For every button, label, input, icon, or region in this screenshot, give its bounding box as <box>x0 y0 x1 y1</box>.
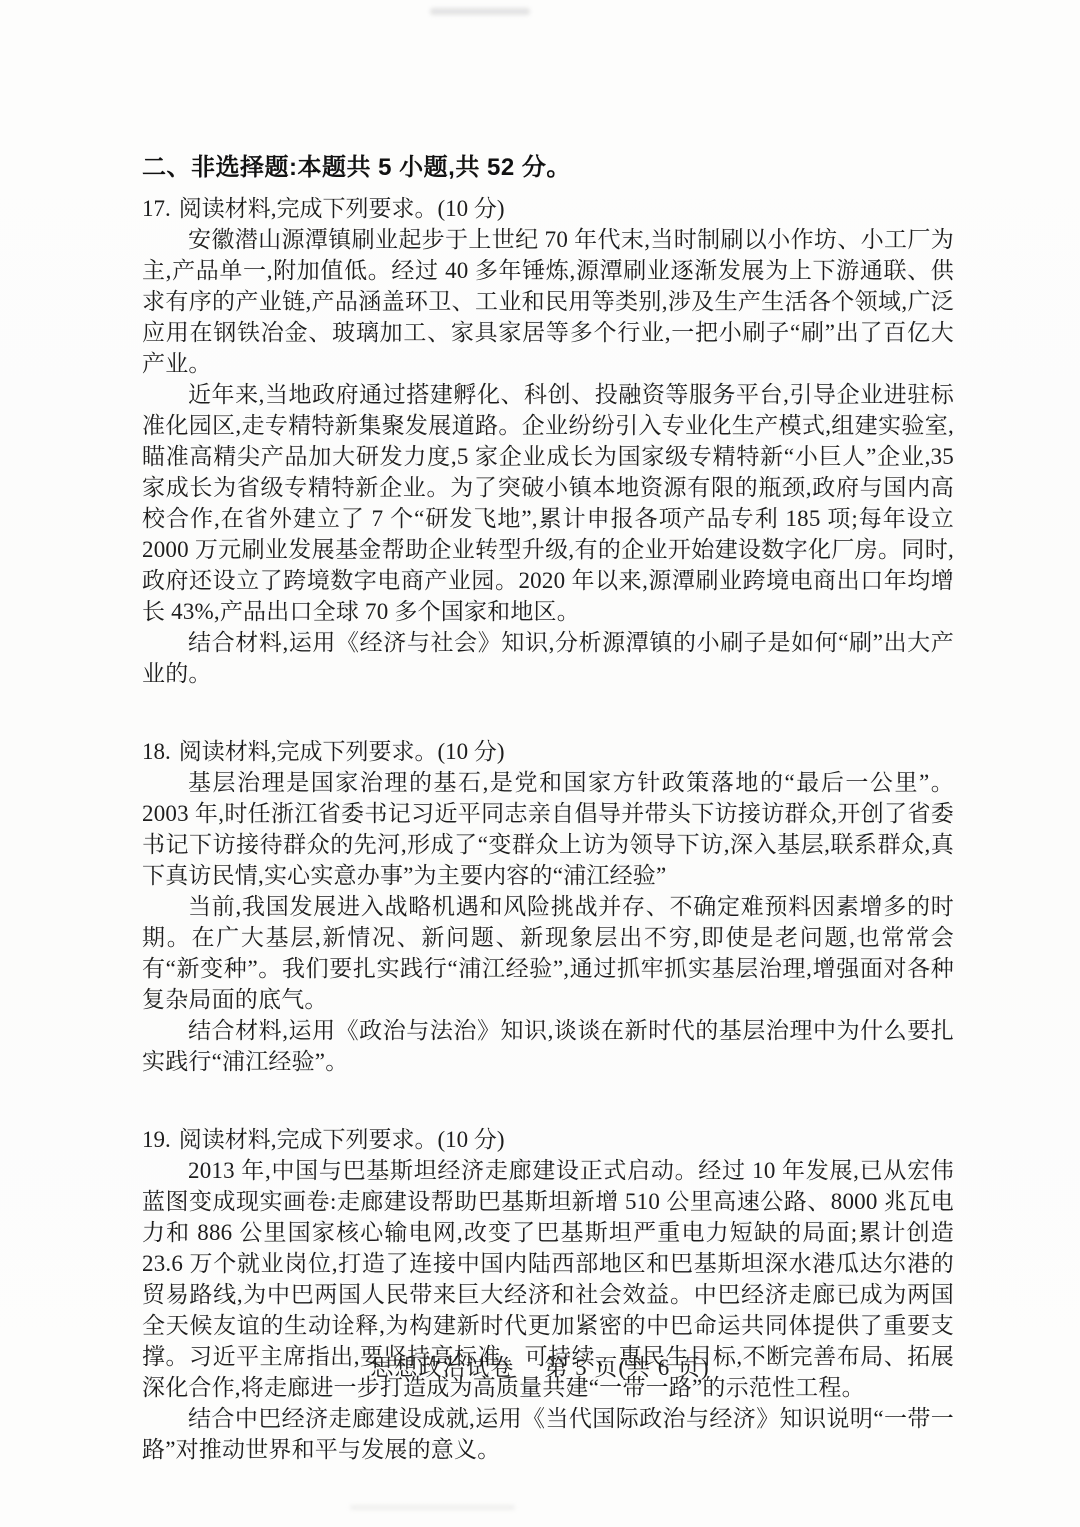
question-19-prompt: 阅读材料,完成下列要求。(10 分) <box>179 1127 505 1152</box>
section-header: 二、非选择题:本题共 5 小题,共 52 分。 <box>142 152 954 184</box>
question-18-heading: 18.阅读材料,完成下列要求。(10 分) <box>142 736 954 767</box>
question-19-heading: 19.阅读材料,完成下列要求。(10 分) <box>142 1124 954 1155</box>
question-18-material-paragraph-1: 基层治理是国家治理的基石,是党和国家方针政策落地的“最后一公里”。2003 年,… <box>142 767 954 891</box>
question-17-heading: 17.阅读材料,完成下列要求。(10 分) <box>142 193 954 224</box>
page-footer: 思想政治试卷第 5 页(共 6 页) <box>0 1352 1080 1383</box>
question-17-material-paragraph-1: 安徽潜山源潭镇刷业起步于上世纪 70 年代末,当时制刷以小作坊、小工厂为主,产品… <box>142 224 954 379</box>
question-18-material-paragraph-2: 当前,我国发展进入战略机遇和风险挑战并存、不确定难预料因素增多的时期。在广大基层… <box>142 891 954 1015</box>
footer-exam-title: 思想政治试卷 <box>370 1355 514 1380</box>
question-19: 19.阅读材料,完成下列要求。(10 分) 2013 年,中国与巴基斯坦经济走廊… <box>142 1124 954 1465</box>
question-17-task-paragraph: 结合材料,运用《经济与社会》知识,分析源潭镇的小刷子是如何“刷”出大产业的。 <box>142 627 954 689</box>
footer-page-number: 第 5 页(共 6 页) <box>544 1355 709 1380</box>
scan-smudge-top <box>430 8 530 15</box>
question-19-task-paragraph: 结合中巴经济走廊建设成就,运用《当代国际政治与经济》知识说明“一带一路”对推动世… <box>142 1403 954 1465</box>
question-19-number: 19. <box>142 1127 171 1152</box>
question-18-task-paragraph: 结合材料,运用《政治与法治》知识,谈谈在新时代的基层治理中为什么要扎实践行“浦江… <box>142 1015 954 1077</box>
question-17-prompt: 阅读材料,完成下列要求。(10 分) <box>179 196 505 221</box>
exam-paper-page: 二、非选择题:本题共 5 小题,共 52 分。 17.阅读材料,完成下列要求。(… <box>0 0 1080 1527</box>
question-18-prompt: 阅读材料,完成下列要求。(10 分) <box>179 739 505 764</box>
question-17-number: 17. <box>142 196 171 221</box>
question-18: 18.阅读材料,完成下列要求。(10 分) 基层治理是国家治理的基石,是党和国家… <box>142 736 954 1077</box>
question-18-number: 18. <box>142 739 171 764</box>
question-17-material-paragraph-2: 近年来,当地政府通过搭建孵化、科创、投融资等服务平台,引导企业进驻标准化园区,走… <box>142 379 954 627</box>
exam-content: 二、非选择题:本题共 5 小题,共 52 分。 17.阅读材料,完成下列要求。(… <box>142 152 954 1465</box>
question-17: 17.阅读材料,完成下列要求。(10 分) 安徽潜山源潭镇刷业起步于上世纪 70… <box>142 193 954 689</box>
scan-smudge-bottom <box>350 1505 515 1510</box>
